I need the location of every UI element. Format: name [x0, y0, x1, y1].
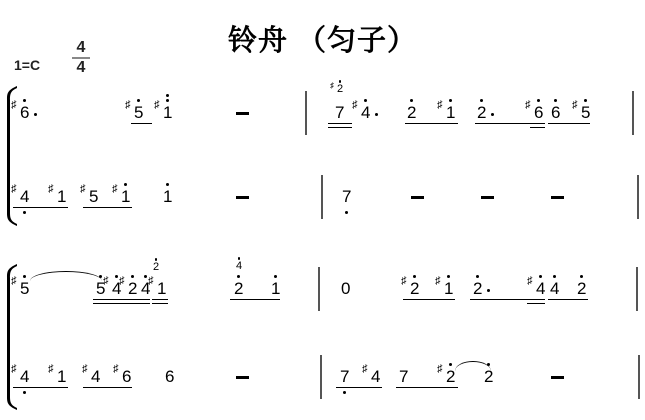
beam-underline — [83, 207, 132, 208]
note-digit: 2 — [128, 280, 137, 297]
note-digit: 4 — [20, 368, 29, 385]
barline — [320, 355, 322, 399]
duration-dash — [481, 196, 494, 199]
beam-underline — [13, 207, 68, 208]
octave-dot — [144, 275, 147, 278]
note-digit: 2 — [234, 280, 243, 297]
note-digit: 5 — [20, 280, 29, 297]
rest: 0 — [341, 280, 350, 297]
sharp-icon: ♯ — [435, 276, 441, 287]
sharp-icon: ♯ — [572, 100, 578, 111]
note-digit: 2 — [153, 262, 159, 273]
octave-dot — [537, 99, 540, 102]
note: 2 — [577, 280, 586, 297]
octave-dot-below — [23, 211, 26, 214]
sharp-icon: ♯ — [437, 364, 443, 375]
note-digit: 2 — [577, 280, 586, 297]
grace-note: 4 — [236, 261, 242, 272]
octave-dot — [99, 275, 102, 278]
octave-dot — [124, 183, 127, 186]
note: ♯5 — [89, 188, 98, 205]
score-page: 铃舟 （匀子） 1=C 4 4 ♯6♯5♯1♯27♯42♯12♯66♯5♯4♯1… — [0, 0, 645, 420]
octave-dot-below — [343, 391, 346, 394]
note-digit: 4 — [536, 280, 545, 297]
barline — [305, 91, 307, 135]
sharp-icon: ♯ — [125, 100, 131, 111]
duration-dot — [487, 289, 490, 292]
note: 2 — [477, 104, 486, 121]
octave-dot — [131, 275, 134, 278]
sharp-icon: ♯ — [82, 364, 88, 375]
note: 2 — [234, 280, 243, 297]
note-digit: 1 — [157, 280, 166, 297]
note: ♯2 — [410, 280, 419, 297]
beam-underline — [152, 299, 168, 300]
barline — [637, 175, 639, 219]
note-digit: 4 — [20, 188, 29, 205]
note: ♯1 — [444, 280, 453, 297]
note: ♯1 — [57, 188, 66, 205]
barline — [636, 267, 638, 311]
octave-dot — [476, 275, 479, 278]
note: ♯6 — [534, 104, 543, 121]
octave-dot — [274, 275, 277, 278]
note-digit: 2 — [473, 280, 482, 297]
note: ♯4 — [371, 368, 380, 385]
sharp-icon: ♯ — [437, 100, 443, 111]
note: ♯4 — [91, 368, 100, 385]
note: ♯1 — [57, 368, 66, 385]
note-digit: 1 — [121, 188, 130, 205]
note: ♯4 — [20, 188, 29, 205]
grace-note: 2 — [153, 262, 159, 273]
barline — [632, 91, 634, 135]
note-digit: 7 — [340, 368, 349, 385]
note-digit: 1 — [57, 368, 66, 385]
note: 1 — [271, 280, 280, 297]
note: ♯5 — [134, 104, 143, 121]
grace-note: ♯2 — [337, 84, 343, 95]
duration-dot — [491, 113, 494, 116]
barline — [638, 355, 640, 399]
beam-underline — [13, 387, 68, 388]
note-digit: 2 — [337, 84, 343, 95]
note-digit: 4 — [236, 261, 242, 272]
sharp-icon: ♯ — [80, 184, 86, 195]
sharp-icon: ♯ — [48, 184, 54, 195]
note: ♯5 — [581, 104, 590, 121]
note: 7 — [399, 368, 408, 385]
sharp-icon: ♯ — [527, 276, 533, 287]
octave-dot — [449, 363, 452, 366]
barline — [321, 175, 323, 219]
duration-dot — [34, 113, 37, 116]
octave-dot — [166, 94, 169, 97]
note: 4 — [550, 280, 559, 297]
duration-dash — [411, 196, 424, 199]
note-digit: 0 — [341, 280, 350, 297]
beam-underline — [131, 123, 152, 124]
note-digit: 2 — [410, 280, 419, 297]
duration-dash — [236, 376, 249, 379]
note: 2 — [473, 280, 482, 297]
note-digit: 6 — [20, 104, 29, 121]
note: 7 — [342, 188, 351, 205]
beam-underline — [93, 303, 150, 304]
note-digit: 6 — [534, 104, 543, 121]
beam-underline — [527, 303, 545, 304]
note: 2 — [484, 368, 493, 385]
note: ♯1 — [446, 104, 455, 121]
note-digit: 1 — [444, 280, 453, 297]
beam-underline — [548, 123, 590, 124]
beam-underline — [83, 387, 132, 388]
beam-underline — [336, 387, 382, 388]
octave-dot — [554, 99, 557, 102]
note: 1 — [163, 188, 172, 205]
note: ♯4 — [536, 280, 545, 297]
note: ♯4 — [361, 104, 370, 121]
note-digit: 5 — [134, 104, 143, 121]
note: ♯6 — [20, 104, 29, 121]
octave-dot — [584, 99, 587, 102]
note: ♯1 — [157, 280, 166, 297]
note: ♯1 — [163, 104, 172, 121]
tie-slur — [30, 271, 102, 281]
octave-dot — [410, 99, 413, 102]
octave-dot — [487, 363, 490, 366]
beam-underline — [396, 387, 458, 388]
duration-dash — [236, 112, 249, 115]
beam-underline — [403, 299, 455, 300]
sharp-icon: ♯ — [11, 276, 17, 287]
note-digit: 4 — [550, 280, 559, 297]
beam-underline — [152, 303, 168, 304]
beam-underline — [93, 299, 150, 300]
octave-dot-below — [23, 391, 26, 394]
beam-underline — [405, 123, 458, 124]
note: 7 — [340, 368, 349, 385]
sharp-icon: ♯ — [112, 184, 118, 195]
note-digit: 6 — [122, 368, 131, 385]
sharp-icon: ♯ — [352, 100, 358, 111]
note-digit: 4 — [91, 368, 100, 385]
octave-dot — [115, 275, 118, 278]
beam-underline — [328, 123, 352, 124]
note: ♯6 — [122, 368, 131, 385]
octave-dot — [155, 258, 158, 261]
octave-dot — [553, 275, 556, 278]
beam-underline — [328, 127, 352, 128]
sharp-icon: ♯ — [113, 364, 119, 375]
score-canvas: ♯6♯5♯1♯27♯42♯12♯66♯5♯4♯1♯5♯117♯55♯4♯242♯… — [0, 0, 645, 420]
note: 6 — [165, 368, 174, 385]
octave-dot — [480, 99, 483, 102]
note: 7 — [335, 104, 344, 121]
sharp-icon: ♯ — [11, 364, 17, 375]
duration-dash — [236, 196, 249, 199]
octave-dot — [364, 99, 367, 102]
octave-dot — [413, 275, 416, 278]
note-digit: 5 — [581, 104, 590, 121]
note-digit: 1 — [163, 188, 172, 205]
octave-dot — [237, 275, 240, 278]
note-digit: 5 — [89, 188, 98, 205]
note: 6 — [551, 104, 560, 121]
beam-underline — [475, 123, 545, 124]
note-digit: 2 — [477, 104, 486, 121]
octave-dot — [23, 99, 26, 102]
octave-dot — [447, 275, 450, 278]
duration-dash — [551, 376, 564, 379]
octave-dot — [23, 275, 26, 278]
sharp-icon: ♯ — [362, 364, 368, 375]
duration-dash — [551, 196, 564, 199]
beam-underline — [230, 299, 280, 300]
sharp-icon: ♯ — [525, 100, 531, 111]
octave-dot — [238, 257, 241, 260]
note: ♯5 — [20, 280, 29, 297]
octave-dot — [166, 183, 169, 186]
note-digit: 6 — [165, 368, 174, 385]
note-digit: 1 — [57, 188, 66, 205]
note-digit: 4 — [361, 104, 370, 121]
note-digit: 7 — [342, 188, 351, 205]
octave-dot — [339, 80, 342, 83]
note: ♯2 — [128, 280, 137, 297]
note-digit: 4 — [371, 368, 380, 385]
note-digit: 1 — [271, 280, 280, 297]
note-digit: 7 — [399, 368, 408, 385]
octave-dot — [539, 275, 542, 278]
octave-dot — [580, 275, 583, 278]
octave-dot-below — [345, 211, 348, 214]
sharp-icon: ♯ — [330, 82, 334, 90]
barline — [318, 267, 320, 311]
octave-dot — [166, 99, 169, 102]
sharp-icon: ♯ — [119, 276, 125, 287]
note: ♯4 — [20, 368, 29, 385]
note: ♯1 — [121, 188, 130, 205]
note-digit: 1 — [446, 104, 455, 121]
octave-dot — [449, 99, 452, 102]
note-digit: 2 — [407, 104, 416, 121]
beam-underline — [470, 299, 545, 300]
note-digit: 1 — [163, 104, 172, 121]
beam-underline — [548, 299, 588, 300]
note-digit: 6 — [551, 104, 560, 121]
sharp-icon: ♯ — [148, 276, 154, 287]
sharp-icon: ♯ — [11, 184, 17, 195]
sharp-icon: ♯ — [103, 276, 109, 287]
note-digit: 2 — [484, 368, 493, 385]
duration-dot — [375, 113, 378, 116]
note-digit: 7 — [335, 104, 344, 121]
beam-underline — [530, 127, 545, 128]
sharp-icon: ♯ — [401, 276, 407, 287]
note: 2 — [407, 104, 416, 121]
sharp-icon: ♯ — [48, 364, 54, 375]
sharp-icon: ♯ — [11, 100, 17, 111]
sharp-icon: ♯ — [154, 100, 160, 111]
octave-dot — [137, 99, 140, 102]
